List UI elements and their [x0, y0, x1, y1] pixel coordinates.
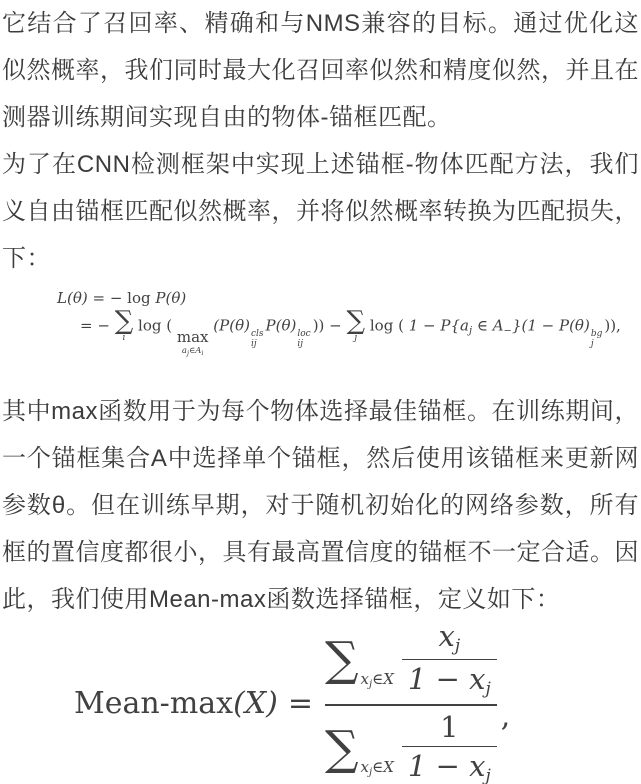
sum-limit: i [123, 334, 126, 343]
inner-numerator: 1 [434, 711, 464, 746]
loss-equation-line-2: = − ∑i log ( maxaj∈Ai (P(θ)clsijP(θ)loci… [80, 310, 639, 356]
sum-limit: xj∈X [361, 758, 394, 778]
x-var: x [439, 619, 455, 653]
loss-equation-line-1: L(θ) = − log P(θ) [57, 289, 639, 307]
max-limit: aj∈Ai [182, 347, 204, 357]
fraction-numerator: ∑xj∈X xj 1 − xj [325, 620, 497, 699]
meanmax-lhs: Mean-max(X) [74, 686, 278, 721]
in-set-x: ∈X [372, 758, 394, 776]
close-comma: )), [604, 317, 620, 335]
text-line: 为了在CNN检测框架中实现上述锚框-物体匹配方法，我们定 [2, 141, 639, 188]
bg-term-b-sub: − [504, 326, 512, 337]
log-open: log ( [370, 317, 404, 335]
fraction-denominator: ∑xj∈X 1 1 − xj [325, 711, 497, 784]
one-minus-x: 1 − x [408, 662, 486, 696]
text-line: 参数θ。但在训练早期，对于随机初始化的网络参数，所有锚 [2, 482, 639, 529]
text-line: 此，我们使用Mean-max函数选择锚框，定义如下： [2, 576, 639, 623]
mean-max-equation: Mean-max(X) = ∑xj∈X xj 1 − xj ∑xj∈X 1 1 … [2, 623, 639, 784]
sigma-symbol: ∑ [347, 310, 366, 333]
meanmax-name: Mean-max [74, 686, 233, 721]
main-fraction: ∑xj∈X xj 1 − xj ∑xj∈X 1 1 − xj [325, 620, 497, 784]
paragraph-1: 它结合了召回率、精确和与NMS兼容的目标。通过优化这个 似然概率，我们同时最大化… [2, 0, 639, 141]
fraction-bar [325, 704, 497, 706]
trailing-comma: , [501, 699, 511, 734]
inner-fraction: 1 1 − xj [402, 711, 497, 784]
in-set: ∈A [189, 346, 201, 356]
cls-sub: ij [251, 340, 257, 350]
inner-denominator: 1 − xj [402, 659, 497, 699]
paragraph-2: 为了在CNN检测框架中实现上述锚框-物体匹配方法，我们定 义自由锚框匹配似然概率… [2, 141, 639, 282]
one-minus-x: 1 − x [408, 749, 486, 783]
bg-supsub: bgj [591, 330, 603, 350]
loc-supsub: locij [297, 330, 310, 350]
inner-numerator: xj [433, 620, 467, 659]
likelihood-p: P(θ) [155, 289, 186, 307]
max-label: max [177, 330, 209, 345]
max-operator: maxaj∈Ai [177, 330, 209, 357]
log-open: log ( [138, 317, 172, 335]
text-line: 一个锚框集合A中选择单个锚框，然后使用该锚框来更新网络 [2, 435, 639, 482]
loss-lhs: L(θ) [57, 289, 88, 307]
sigma-symbol: ∑ [325, 636, 359, 683]
sum-limit: xj∈X [361, 670, 394, 690]
sigma-symbol: ∑ [325, 725, 359, 772]
bg-term-b: ∈ A [472, 317, 503, 335]
cls-term: (P(θ) [213, 317, 250, 335]
close-minus: )) − [313, 317, 342, 335]
text-line: 义自由锚框匹配似然概率，并将似然概率转换为匹配损失，如 [2, 188, 639, 235]
one: 1 [440, 710, 458, 744]
x-var: x [361, 670, 369, 688]
j-index: j [485, 679, 490, 699]
j-index: j [485, 766, 490, 784]
equals-minus-log: = − log [92, 289, 150, 307]
text-line: 其中max函数用于为每个物体选择最佳锚框。在训练期间，从 [2, 388, 639, 435]
loss-equation: L(θ) = − log P(θ) = − ∑i log ( maxaj∈Ai … [2, 282, 639, 388]
bg-term-c: }(1 − P(θ) [512, 317, 590, 335]
set-index: i [201, 349, 203, 357]
sigma-symbol: ∑ [115, 310, 134, 333]
sum-limit: j [354, 334, 357, 343]
document-page: 它结合了召回率、精确和与NMS兼容的目标。通过优化这个 似然概率，我们同时最大化… [0, 0, 641, 784]
loc-sub: ij [297, 340, 303, 350]
meanmax-arg: (X) [233, 686, 278, 721]
j-index: j [455, 636, 460, 656]
bg-term-a: 1 − P{a [409, 317, 469, 335]
equals-sign: = [288, 686, 313, 721]
text-line: 测器训练期间实现自由的物体-锚框匹配。 [2, 94, 639, 141]
bg-sub: j [591, 340, 594, 350]
text-line: 似然概率，我们同时最大化召回率似然和精度似然，并且在检 [2, 47, 639, 94]
inner-fraction: xj 1 − xj [402, 620, 497, 699]
loc-term: P(θ) [266, 317, 297, 335]
in-set-x: ∈X [372, 670, 394, 688]
text-line: 它结合了召回率、精确和与NMS兼容的目标。通过优化这个 [2, 0, 639, 47]
paragraph-3: 其中max函数用于为每个物体选择最佳锚框。在训练期间，从 一个锚框集合A中选择单… [2, 388, 639, 623]
text-line: 下： [2, 235, 639, 282]
x-var: x [361, 758, 369, 776]
text-line: 框的置信度都很小，具有最高置信度的锚框不一定合适。因 [2, 529, 639, 576]
sum-operator-i: ∑i [115, 310, 134, 343]
equals-minus: = − [80, 317, 110, 335]
sum-operator-j: ∑j [347, 310, 366, 343]
cls-supsub: clsij [251, 330, 264, 350]
inner-denominator: 1 − xj [402, 746, 497, 784]
